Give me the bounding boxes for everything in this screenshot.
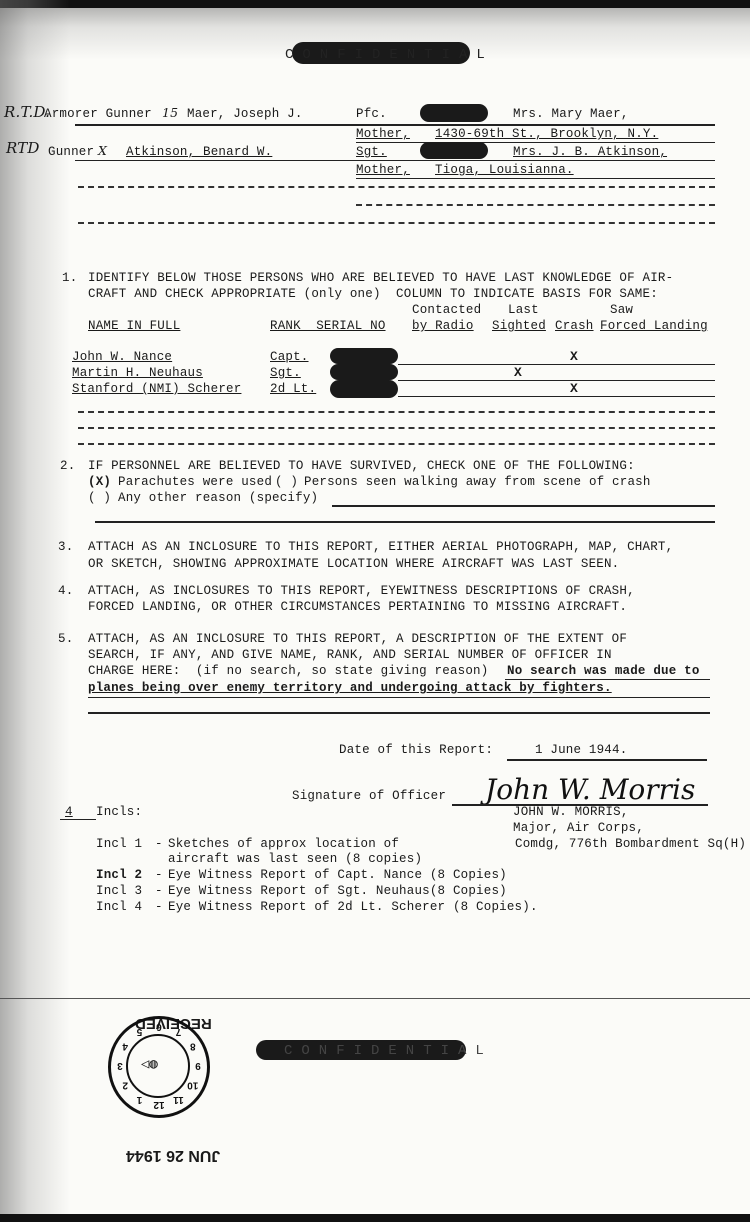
form-line (75, 124, 715, 126)
date-value: 1 June 1944. (535, 743, 627, 758)
svg-text:3: 3 (117, 1060, 123, 1071)
person-name: John W. Nance (72, 350, 172, 365)
section-number: 1. (62, 271, 77, 286)
option-other-checkbox[interactable]: ( ) (88, 491, 111, 506)
person-name: Martin H. Neuhaus (72, 366, 203, 381)
svg-text:1: 1 (136, 1094, 142, 1105)
next-of-kin: Mrs. Mary Maer, (513, 107, 629, 122)
blank-form-line (356, 204, 715, 206)
svg-text:5: 5 (136, 1026, 142, 1037)
form-line (398, 396, 715, 397)
svg-text:6: 6 (156, 1021, 162, 1032)
column-header-crash: Crash (555, 319, 594, 334)
blank-form-line (78, 186, 715, 188)
inclosure-id: Incl 1 (96, 837, 142, 852)
option-other-label: Any other reason (specify) (118, 491, 318, 506)
blank-form-line (78, 411, 715, 413)
next-of-kin: Mrs. J. B. Atkinson, (513, 145, 667, 160)
specify-line (332, 505, 715, 507)
section-text: ATTACH AS AN INCLOSURE TO THIS REPORT, E… (88, 540, 673, 555)
column-header-name: NAME IN FULL (88, 319, 180, 334)
handwritten-mark: 15 (162, 105, 178, 120)
column-header: Contacted (412, 303, 481, 318)
inclosure-id: Incl 3 (96, 884, 142, 899)
serial-redaction (330, 380, 398, 398)
inclosure-label: Incls: (96, 805, 142, 820)
person-name: Stanford (NMI) Scherer (72, 382, 241, 397)
option-parachutes-label: Parachutes were used (118, 475, 272, 490)
form-line (398, 364, 715, 365)
scan-border-top (0, 0, 750, 8)
inclosure-id: Incl 4 (96, 900, 142, 915)
serial-redaction (420, 104, 488, 122)
svg-text:7: 7 (175, 1026, 181, 1037)
section-number: 3. (58, 540, 73, 555)
serial-redaction (420, 142, 488, 159)
specify-line (95, 521, 715, 523)
svg-text:9: 9 (195, 1060, 201, 1071)
option-walking-checkbox[interactable]: ( ) (275, 475, 298, 490)
blank-form-line (78, 222, 715, 224)
classification-label: CONFIDENTIAL (285, 47, 494, 63)
form-line (88, 712, 710, 714)
inclosure-count: 4 (65, 805, 73, 820)
crew-rank: Pfc. (356, 107, 387, 122)
form-line (356, 178, 715, 179)
option-walking-label: Persons seen walking away from scene of … (304, 475, 651, 490)
svg-text:8: 8 (190, 1041, 196, 1052)
column-header: Saw (610, 303, 633, 318)
kin-address: 1430-69th St., Brooklyn, N.Y. (435, 127, 658, 142)
classification-label: CONFIDENTIAL (284, 1043, 493, 1059)
check-mark-crash: X (570, 349, 578, 364)
kin-relation: Mother, (356, 127, 410, 142)
blank-form-line (78, 443, 715, 445)
search-answer: No search was made due to (507, 664, 700, 679)
serial-redaction (330, 348, 398, 364)
column-header-rank-serial: RANK SERIAL NO (270, 319, 386, 334)
date-line (507, 759, 707, 761)
serial-redaction (330, 364, 398, 380)
scan-border-bottom (0, 1214, 750, 1222)
section-text: ATTACH, AS AN INCLOSURE TO THIS REPORT, … (88, 632, 627, 647)
handwritten-signature: John W. Morris (485, 775, 695, 805)
section-text: IF PERSONNEL ARE BELIEVED TO HAVE SURVIV… (88, 459, 635, 474)
crew-position: Gunner (48, 145, 94, 160)
inclosure-id: Incl 2 (96, 868, 142, 883)
section-number: 5. (58, 632, 73, 647)
paper-fold-line (0, 998, 750, 999)
option-parachutes-checkbox[interactable]: (X) (88, 475, 111, 490)
inclosure-text: Eye Witness Report of 2d Lt. Scherer (8 … (168, 900, 538, 915)
check-mark-crash: X (570, 381, 578, 396)
person-rank: Sgt. (270, 366, 301, 381)
date-label: Date of this Report: (339, 743, 493, 758)
stamp-center-emblem-icon: ◁◍ (141, 1056, 158, 1073)
column-header: Last (508, 303, 539, 318)
form-line (60, 819, 96, 820)
section-text: FORCED LANDING, OR OTHER CIRCUMSTANCES P… (88, 600, 627, 615)
column-header-last-sighted: Sighted (492, 319, 546, 334)
svg-text:11: 11 (173, 1094, 184, 1105)
form-line (356, 142, 715, 143)
section-text: CRAFT AND CHECK APPROPRIATE (only one) C… (88, 287, 658, 302)
svg-text:2: 2 (122, 1080, 128, 1091)
person-rank: 2d Lt. (270, 382, 316, 397)
section-text: CHARGE HERE: (if no search, so state giv… (88, 664, 488, 679)
officer-name: JOHN W. MORRIS, (513, 805, 629, 820)
inclosure-text: Sketches of approx location of (168, 837, 399, 852)
section-text: IDENTIFY BELOW THOSE PERSONS WHO ARE BEL… (88, 271, 673, 286)
handwritten-mark: X (98, 143, 107, 158)
inclosure-text: Eye Witness Report of Sgt. Neuhaus(8 Cop… (168, 884, 507, 899)
stamp-date-text: JUN 26 1944 (126, 1146, 220, 1164)
svg-text:12: 12 (153, 1099, 165, 1110)
kin-relation: Mother, (356, 163, 410, 178)
section-text: SEARCH, IF ANY, AND GIVE NAME, RANK, AND… (88, 648, 612, 663)
section-number: 4. (58, 584, 73, 599)
officer-unit: Comdg, 776th Bombardment Sq(H) (515, 837, 746, 852)
section-number: 2. (60, 459, 75, 474)
svg-text:4: 4 (122, 1041, 128, 1052)
form-line (398, 380, 715, 381)
search-answer: planes being over enemy territory and un… (88, 681, 612, 696)
kin-address: Tioga, Louisianna. (435, 163, 574, 178)
scan-noise-left (0, 0, 70, 1222)
stamp-clock-numbers: 123456789101112 (108, 1016, 210, 1118)
signature-label: Signature of Officer (292, 789, 446, 804)
person-rank: Capt. (270, 350, 309, 365)
form-line (88, 697, 710, 698)
column-header-contacted: by Radio (412, 319, 474, 334)
crew-rank: Sgt. (356, 145, 387, 160)
check-mark-last-sighted: X (514, 365, 522, 380)
officer-rank: Major, Air Corps, (513, 821, 644, 836)
form-line (75, 160, 715, 161)
crew-name: Maer, Joseph J. (187, 107, 303, 122)
form-line (505, 679, 710, 680)
handwritten-annotation: RTD (6, 141, 40, 156)
blank-form-line (78, 427, 715, 429)
section-text: OR SKETCH, SHOWING APPROXIMATE LOCATION … (88, 557, 619, 572)
column-header-forced-landing: Forced Landing (600, 319, 708, 334)
crew-position: Armorer Gunner (44, 107, 152, 122)
section-text: ATTACH, AS INCLOSURES TO THIS REPORT, EY… (88, 584, 635, 599)
crew-name: Atkinson, Benard W. (126, 145, 272, 160)
inclosure-text: aircraft was last seen (8 copies) (168, 852, 422, 867)
svg-text:10: 10 (187, 1080, 199, 1091)
inclosure-text: Eye Witness Report of Capt. Nance (8 Cop… (168, 868, 507, 883)
